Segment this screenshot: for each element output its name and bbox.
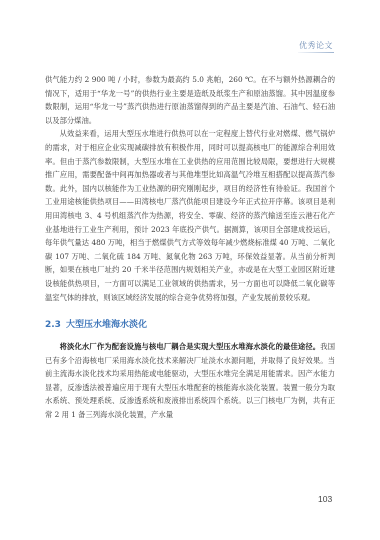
paragraph-continuation: 供气能力约 2 900 吨 / 小时，参数为最高约 5.0 兆帕，260 ℃。在…	[45, 73, 335, 127]
paragraph-desalination-text: 我国已有多个沿海核电厂采用海水淡化技术来解决厂址淡水水源问题，并取得了良好效果。…	[45, 342, 335, 419]
paragraph-desalination: 将淡化水厂作为配套设施与核电厂耦合是实现大型压水堆海水淡化的最佳途径。我国已有多…	[45, 340, 335, 422]
paragraph-benefits: 从效益来看，运用大型压水堆进行供热可以在一定程度上替代行业对燃煤、燃气锅炉的需求…	[45, 127, 335, 304]
section-title-text: 大型压水堆海水淡化	[66, 320, 147, 330]
section-heading: 2.3大型压水堆海水淡化	[45, 317, 335, 330]
section-number: 2.3	[45, 320, 61, 330]
header-rule	[298, 52, 334, 53]
bold-lead-sentence: 将淡化水厂作为配套设施与核电厂耦合是实现大型压水堆海水淡化的最佳途径。	[60, 342, 321, 351]
page-number: 103	[318, 494, 332, 504]
page-body: 供气能力约 2 900 吨 / 小时，参数为最高约 5.0 兆帕，260 ℃。在…	[45, 73, 335, 422]
